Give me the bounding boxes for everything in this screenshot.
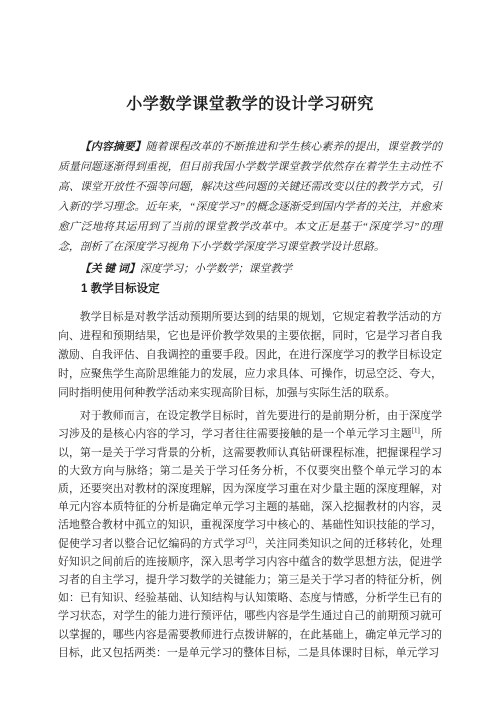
document-page: 小学数学课堂教学的设计学习研究 【内容摘要】随着课程改革的不断推进和学生核心素养… bbox=[0, 0, 500, 708]
page-number: 1 bbox=[0, 645, 500, 655]
body-paragraph-2-text-2: ，所以，第一是关于学习背景的分析，这需要教师认真钻研课程标准，把握课程学习的大致… bbox=[58, 428, 442, 549]
document-content: 小学数学课堂教学的设计学习研究 【内容摘要】随着课程改革的不断推进和学生核心素养… bbox=[0, 0, 500, 662]
keywords-paragraph: 【关 键 词】深度学习；小学数学；课堂教学 bbox=[58, 259, 442, 279]
citation-ref-2: [2] bbox=[246, 536, 254, 544]
citation-ref-1: [1] bbox=[412, 427, 420, 435]
section-heading-1: 1 教学目标设定 bbox=[58, 279, 442, 299]
body-paragraph-2-text-3: ，关注同类知识之间的迁移转化，处理好知识之间前后的连接顺序，深入思考学习内容中蕴… bbox=[58, 538, 442, 659]
keywords-text: 深度学习；小学数学；课堂教学 bbox=[140, 263, 292, 275]
document-title: 小学数学课堂教学的设计学习研究 bbox=[58, 95, 442, 115]
abstract-paragraph: 【内容摘要】随着课程改革的不断推进和学生核心素养的提出，课堂教学的质量问题逐渐得… bbox=[58, 137, 442, 257]
body-paragraph-2: 对于教师而言，在设定教学目标时，首先要进行的是前期分析，由于深度学习涉及的是核心… bbox=[58, 407, 442, 662]
abstract-label: 【内容摘要】 bbox=[80, 141, 146, 153]
abstract-text: 随着课程改革的不断推进和学生核心素养的提出，课堂教学的质量问题逐渐得到重视，但目… bbox=[58, 141, 442, 253]
keywords-label: 【关 键 词】 bbox=[80, 263, 140, 275]
body-paragraph-1: 教学目标是对教学活动预期所要达到的结果的规划，它规定着教学活动的方向、进程和预期… bbox=[58, 308, 442, 403]
body-paragraph-2-text-1: 对于教师而言，在设定教学目标时，首先要进行的是前期分析，由于深度学习涉及的是核心… bbox=[58, 410, 442, 440]
